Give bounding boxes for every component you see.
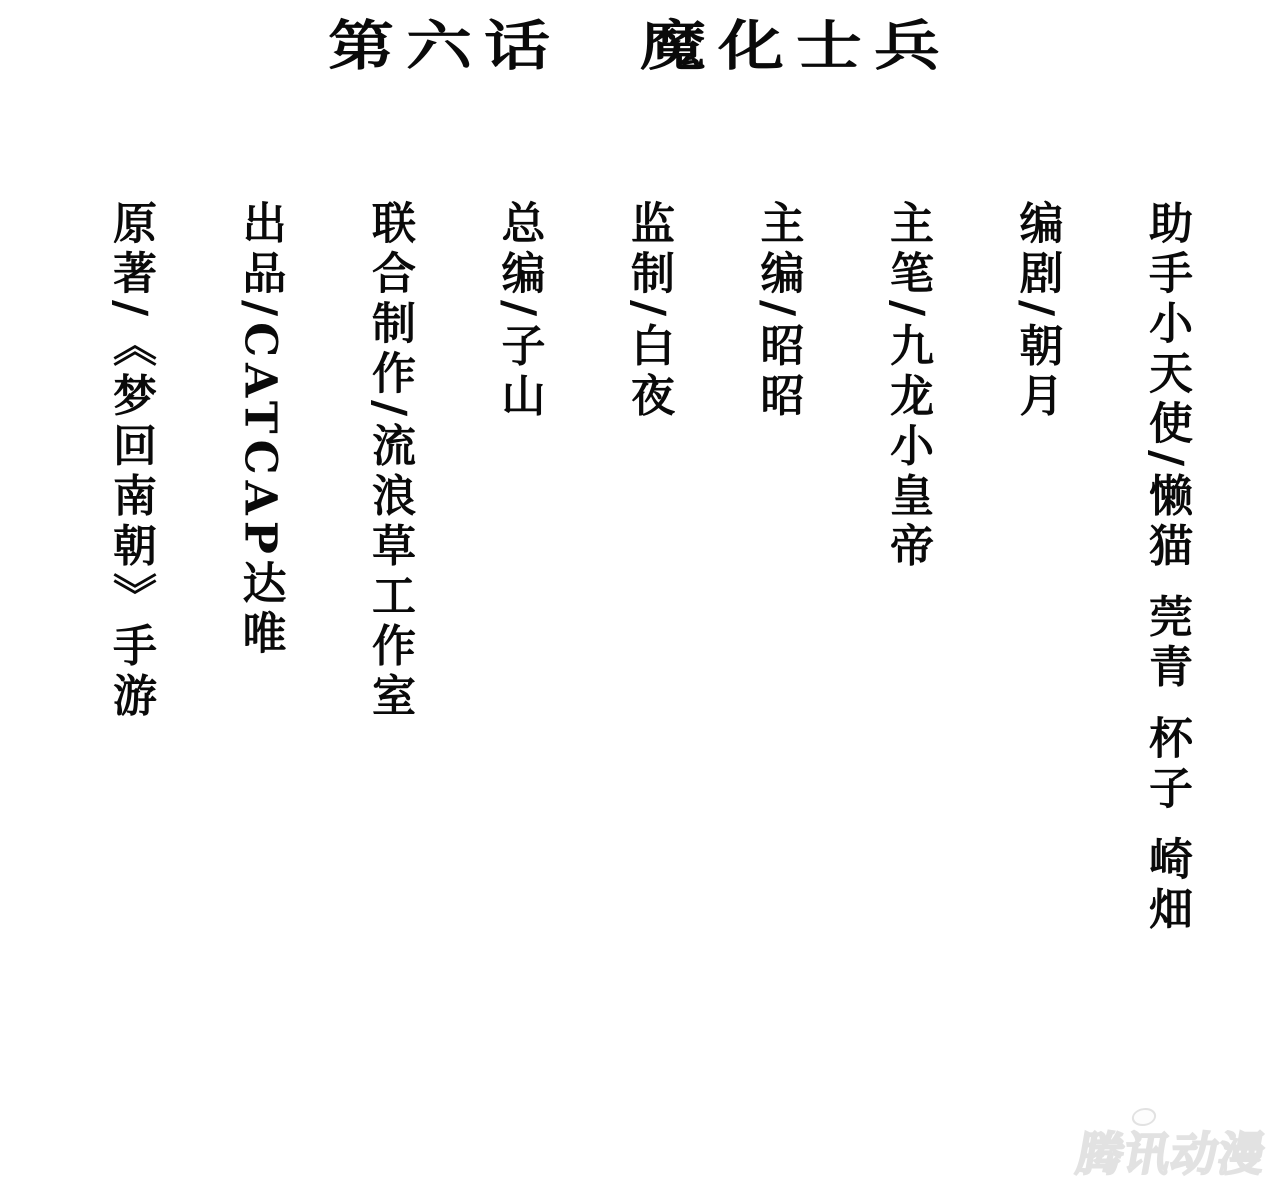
watermark-label: 腾讯动漫 [1073, 1127, 1271, 1181]
credit-column-lead-artist: 主笔/九龙小皇帝 [885, 200, 929, 572]
credit-column-producer: 出品/CATCAP达唯 [238, 200, 282, 660]
chapter-title: 第六话 魔化士兵 [0, 2, 1280, 80]
credit-column-screenwriter: 编剧/朝月 [1015, 200, 1059, 422]
comic-credits-page: 第六话 魔化士兵 助手小天使/懒猫 莞青 杯子 崎畑 编剧/朝月 主笔/九龙小皇… [0, 0, 1280, 1200]
credit-column-supervisor: 监制/白夜 [626, 200, 670, 422]
tencent-comics-watermark: 腾讯动漫 [1072, 1118, 1272, 1184]
credit-column-co-production: 联合制作/流浪草工作室 [367, 200, 411, 722]
credit-column-editor-in-chief: 总编/子山 [497, 200, 541, 422]
mascot-face-icon [1130, 1108, 1157, 1126]
credit-column-original-work: 原著/《梦回南朝》手游 [108, 200, 152, 722]
credit-column-chief-editor: 主编/昭昭 [756, 200, 800, 422]
credits-list: 助手小天使/懒猫 莞青 杯子 崎畑 编剧/朝月 主笔/九龙小皇帝 主编/昭昭 监… [108, 200, 1188, 936]
credit-column-assistants: 助手小天使/懒猫 莞青 杯子 崎畑 [1144, 200, 1188, 936]
